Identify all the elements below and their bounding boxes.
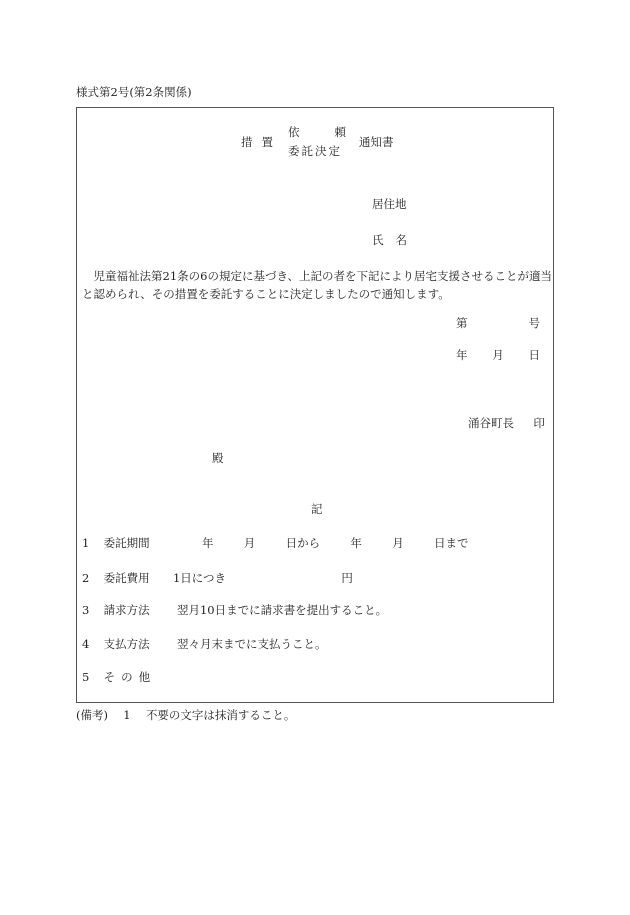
date-month: 月 [492, 350, 504, 362]
addressee-suffix: 殿 [212, 453, 224, 465]
item-number: 1 [82, 538, 100, 550]
item-other: 5 その他 [82, 672, 156, 684]
item-label: 支払方法 [104, 637, 150, 651]
item-value: 翌々月末までに支払うこと。 [177, 637, 327, 651]
item-label: 請求方法 [104, 603, 150, 617]
per-day-label: 1日につき [173, 571, 226, 585]
item-commission-period: 1 委託期間 年 月 日から 年 月 日まで [82, 538, 469, 550]
item-value: 翌月10日までに請求書を提出すること。 [177, 603, 387, 617]
date-day: 日 [529, 350, 541, 362]
item-billing-method: 3 請求方法 翌月10日までに請求書を提出すること。 [82, 605, 387, 617]
remarks-text: 不要の文字は抹消すること。 [146, 708, 296, 722]
seal-mark: 印 [533, 416, 545, 430]
name-label: 氏名 [372, 235, 419, 247]
item-number: 4 [82, 639, 100, 651]
to-year: 年 [350, 536, 362, 550]
to-month: 月 [392, 536, 404, 550]
document-number: 第 号 [456, 318, 540, 330]
title-request-char-1: 依 [288, 127, 300, 139]
title-request-char-2: 頼 [335, 127, 347, 139]
yen-unit: 円 [341, 571, 353, 585]
from-day: 日から [286, 536, 321, 550]
title-stack-top: 依 頼 [288, 127, 346, 139]
remarks: (備考) 1 不要の文字は抹消すること。 [76, 710, 295, 722]
date-year: 年 [456, 350, 468, 362]
item-payment-method: 4 支払方法 翌々月末までに支払うこと。 [82, 639, 326, 651]
title-notice: 通知書 [359, 137, 394, 149]
body-paragraph: 児童福祉法第21条の6の規定に基づき、上記の者を下記により居宅支援させることが適… [82, 267, 552, 303]
item-number: 2 [82, 573, 100, 585]
item-label: 委託期間 [104, 536, 150, 550]
to-day: 日まで [434, 536, 469, 550]
residence-label: 居住地 [372, 199, 407, 211]
title-stack-bottom: 委託決定 [288, 146, 342, 158]
sender-title: 涌谷町長 [468, 416, 514, 430]
document-number-suffix: 号 [529, 318, 541, 330]
remarks-number: 1 [123, 708, 130, 722]
sender: 涌谷町長 印 [468, 418, 545, 430]
title-measure: 措置 [241, 137, 282, 149]
form-caption: 様式第2号(第2条関係) [76, 87, 192, 99]
item-label: その他 [104, 670, 157, 684]
item-number: 3 [82, 605, 100, 617]
ki-heading: 記 [311, 504, 323, 516]
item-label: 委託費用 [104, 571, 150, 585]
issue-date: 年 月 日 [456, 350, 540, 362]
from-year: 年 [202, 536, 214, 550]
remarks-heading: (備考) [76, 708, 108, 722]
document-number-prefix: 第 [456, 318, 468, 330]
item-commission-cost: 2 委託費用 1日につき 円 [82, 573, 353, 585]
item-number: 5 [82, 672, 100, 684]
from-month: 月 [244, 536, 256, 550]
